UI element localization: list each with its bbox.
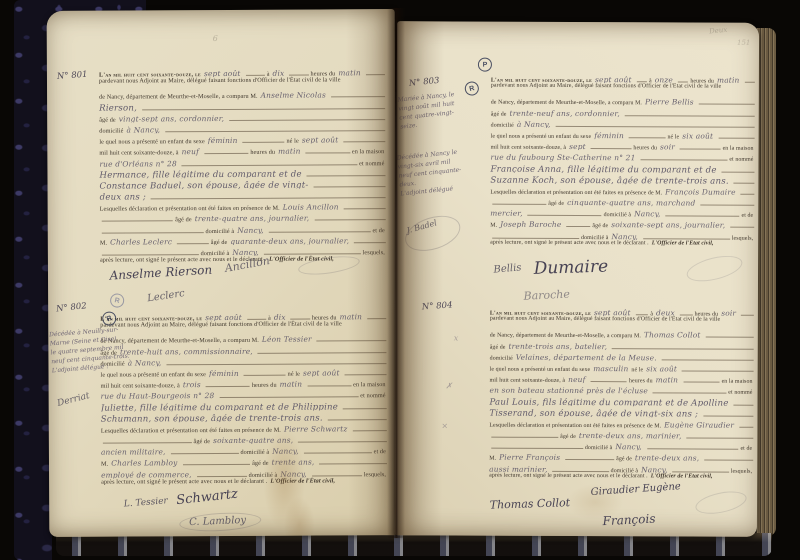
margin-note: Décédée à Neuilly-sur-Marne (Seine et Oi… [49,323,152,375]
fill-line [647,440,739,450]
act-line: âgé detrente-neuf ans, cordonnier, [491,105,757,117]
printed-text: né le [631,367,643,373]
fill-line [204,144,248,154]
fill-line [165,121,385,132]
handwritten-text: ancien militaire, [101,449,166,457]
margin-mark: ✗ [446,381,453,390]
handwritten-text: Suzanne Koch, son épouse, âgée de trente… [490,176,728,184]
printed-text: lesquels, [364,471,386,478]
fill-line [103,433,192,443]
act-line: Françoise Anna, fille légitime du compar… [490,161,756,173]
margin-note: Décédée à Nancy levingt-six avril milneu… [396,145,484,198]
act-line: L'an mil huit cent soixante-douze, lesep… [99,65,387,78]
act-line: L'an mil huit cent soixante-douze, lesep… [100,309,388,322]
handwritten-text: Thomas Collot [644,332,701,340]
fill-line [229,110,385,121]
printed-text: âgé de [211,239,228,246]
fill-line [741,306,754,316]
printed-text: lesquels, [732,235,753,240]
handwritten-text: féminin [208,137,238,145]
fill-line [306,144,350,154]
fill-line [553,462,609,472]
printed-text: né le [667,134,679,140]
handwritten-text: matin [717,77,740,84]
printed-text: domicilié à [205,228,234,235]
fill-line [704,451,753,461]
fill-line [269,222,371,233]
handwritten-text: trente-deux ans, marinier, [579,432,682,440]
handwritten-text: Joseph Baroche [500,221,561,229]
handwritten-text: Françoise Anna, fille légitime du compar… [490,165,716,173]
printed-text: lesquels, [363,249,385,256]
printed-text: le quel nous a présenté un enfant du sex… [99,138,205,145]
page-stack-edge-bottom [56,533,772,556]
fill-line [591,372,627,382]
fill-line [354,233,386,243]
handwritten-text: Anselme Nicolas [261,92,326,100]
handwritten-text: sept août [595,76,632,84]
handwritten-text: rue du Haut-Bourgeois n° 28 [101,392,215,400]
signature: Bellis [493,262,522,275]
handwritten-text: Constance Baduel, son épouse, âgée de vi… [100,181,309,189]
fill-line [313,177,385,187]
signature: L. Tessier [123,496,168,509]
signature: Thomas Collot [490,496,571,511]
act-line: Lesquelles déclaration et présentation o… [101,421,389,434]
act-line: domiciliéVelaines, département de la Meu… [490,349,756,361]
act-line: en son bateau stationné près de l'écluse… [489,383,755,395]
signature: J. Badel [406,218,438,235]
fill-line [345,365,387,375]
act-number: N° 801 [57,70,88,82]
act-803: L'an mil huit cent soixante-douze, lesep… [490,72,757,252]
fill-line [653,384,726,394]
signature: Baroche [523,288,570,303]
handwritten-text: Rierson, [99,104,137,111]
handwritten-text: Pierre Schwartz [284,425,348,433]
handwritten-text: soixante-quatre ans, [213,437,293,445]
signature: Dumaire [533,257,608,279]
fill-line [328,410,387,420]
handwritten-text: trente-neuf ans, cordonnier, [510,109,620,117]
printed-text: pardevant nous Adjoint au Maire, délégué… [99,77,341,85]
act-line: domiciliéà Nancy, [491,116,757,128]
handwritten-text: dix [273,70,285,77]
fill-line [367,309,386,319]
printed-text: né le [286,138,298,145]
handwritten-text: matin [280,381,303,389]
page-stack-edge-right [756,28,776,536]
handwritten-text: quarante-deux ans, journalier, [230,237,349,245]
printed-text: L'Officier de l'État civil, [269,256,334,263]
fill-line [491,439,583,449]
fill-line [182,155,357,166]
handwritten-text: dix [274,314,286,321]
printed-text: mil huit cent soixante-douze, à [99,150,178,157]
register-scan: N° 801L'an mil huit cent soixante-douze,… [0,0,800,560]
handwritten-text: sept août [204,70,241,78]
printed-text: domicilié à [604,212,631,218]
act-line: aussi marinier,domicilié àNancy,lesquels… [489,461,755,473]
act-line: le quel nous a présenté un enfant du sex… [490,361,756,373]
act-line: rue du faubourg Ste-Catherine n° 21et no… [491,150,757,162]
act-number: N° 804 [422,300,453,312]
handwritten-text: Juliette, fille légitime du comparant et… [101,403,338,411]
handwritten-text: rue du faubourg Ste-Catherine n° 21 [491,154,636,162]
printed-text: après lecture, ont signé le présent acte… [489,472,648,479]
act-line: Suzanne Koch, son épouse, âgée de trente… [490,172,756,184]
fill-line [636,305,649,315]
fill-line [307,376,351,386]
fill-line [591,139,632,149]
printed-text: L'Officier de l'État civil, [270,477,335,484]
handwritten-text: employé de commerce, [101,471,192,479]
handwritten-text: sept août [303,369,340,377]
handwritten-text: Nancy, [615,443,642,451]
handwritten-text: à Nancy, [517,120,551,128]
printed-text: le quel nous a présenté un enfant du sex… [101,371,207,378]
handwritten-text: cinquante-quatre ans, marchand [567,199,695,207]
handwritten-text: Charles Lambloy [111,460,177,468]
act-line: de Nancy, département de Meurthe-et-Mose… [490,327,756,339]
fill-line [706,328,754,338]
pencil-mark: Deux [709,26,728,36]
act-804: L'an mil huit cent soixante-douze, lesep… [489,305,756,485]
signature-flourish [684,251,745,286]
handwritten-text: Schumann, son épouse, âgée de trente-tro… [101,414,323,422]
fill-line [247,310,266,320]
fill-line [566,217,590,227]
fill-line [317,332,387,342]
fill-line [219,388,358,399]
act-line: de Nancy, département de Meurthe-et-Mose… [491,94,757,106]
fill-line [151,188,386,199]
fill-line [741,185,755,195]
handwritten-text: Nancy, [611,233,638,241]
fill-line [640,151,727,161]
fill-line [331,88,385,98]
printed-text: pardevant nous Adjoint au Maire, délégué… [490,316,720,324]
printed-text: L'Officier de l'État civil, [651,473,713,480]
fill-line [528,206,602,216]
fill-line [625,106,755,117]
printed-text: pardevant nous Adjoint au Maire, délégué… [491,83,721,91]
fill-line [680,305,693,315]
handwritten-text: en son bateau stationné près de l'écluse [489,387,647,395]
fill-line [291,310,310,320]
handwritten-text: mercier, [490,210,522,218]
fill-line [352,421,386,431]
act-line: M.Charles Leclercâgé dequarante-deux ans… [100,233,388,246]
handwritten-text: Nancy, [280,470,307,478]
fill-line [102,212,173,222]
fill-line [142,99,385,110]
fill-line [197,466,247,476]
fill-line [298,432,387,442]
handwritten-text: Léon Tessier [262,336,312,344]
handwritten-text: sept [569,143,586,150]
fill-line [258,343,387,354]
fill-line [565,450,614,460]
handwritten-text: Nancy, [237,226,264,234]
pencil-mark: 151 [737,39,750,47]
act-line: Paul Louis, fils légitime du comparant e… [489,394,755,406]
handwritten-text: masculin [593,365,628,373]
handwritten-text: six août [682,132,713,140]
act-line: M.Joseph Barocheâgé desoixante-sept ans,… [490,217,756,229]
fill-line [307,166,386,176]
fill-line [246,66,265,76]
fill-line [366,65,385,75]
fill-line [700,196,754,206]
fill-line [171,444,239,454]
fill-line [699,95,755,105]
act-line: mil huit cent soixante-douze, àneufheure… [490,372,756,384]
handwritten-text: Nancy, [641,466,668,474]
fill-line [722,162,755,172]
fill-line [734,173,755,183]
fill-line [206,377,250,387]
handwritten-text: Charles Leclerc [110,238,172,246]
handwritten-text: soixante-sept ans, journalier, [611,222,725,230]
handwritten-text: Pierre Bellis [645,99,694,107]
fill-line [682,361,754,371]
fill-line [166,354,386,365]
fill-line [304,443,372,453]
margin-mark: x [454,333,459,342]
fill-line [319,455,387,465]
fill-line [703,406,753,416]
fill-line [343,399,387,409]
handwritten-text: matin [278,148,301,156]
fill-line [673,462,729,472]
fill-line [683,373,719,383]
handwritten-text: trente-quatre ans, journalier, [195,215,310,223]
handwritten-text: trente-deux ans, [635,455,699,463]
act-number: N° 802 [56,301,88,314]
fill-line [244,366,286,376]
fill-line [718,129,755,139]
handwritten-text: Velaines, département de la Meuse. [516,353,657,361]
handwritten-text: soir [660,143,675,150]
signature: Derriat [56,391,90,409]
fill-line [687,429,754,439]
printed-text: L'Officier de l'État civil, [652,240,714,247]
printed-text: domicilié [99,127,123,133]
fill-line [182,455,250,465]
handwritten-text: sept août [205,314,242,322]
handwritten-text: rue d'Orléans n° 28 [99,160,176,168]
fill-line [102,223,204,234]
handwritten-text: Paul Louis, fils légitime du comparant e… [489,398,728,406]
fill-line [739,418,753,428]
fill-line [629,128,666,138]
fill-line [555,117,754,128]
act-number: N° 803 [408,76,439,89]
printed-text: heures du [629,378,653,384]
handwritten-text: soir [721,310,736,317]
handwritten-text: sept août [302,137,339,145]
fill-line [612,339,754,350]
margin-mark: × [441,421,448,430]
handwritten-text: matin [338,69,361,77]
act-801: L'an mil huit cent soixante-douze, lesep… [99,65,388,268]
act-line: le quel nous a présenté un enfant du sex… [491,128,757,140]
handwritten-text: trois [183,381,201,389]
handwritten-text: deux [656,309,675,316]
handwritten-text: trente-trois ans, batelier, [509,342,608,350]
fill-line [744,73,754,83]
fill-line [491,428,558,438]
handwritten-text: six août [646,365,677,373]
handwritten-text: neuf [568,376,585,383]
printed-text: après lecture, ont signé le présent acte… [101,478,267,486]
handwritten-text: onze [655,76,673,83]
fill-line [243,133,285,143]
printed-text: M. [101,461,108,467]
fill-line [730,218,754,228]
printed-text: lesquels, [731,468,752,473]
fill-line [680,140,721,150]
fill-line [344,199,386,209]
act-line: après lecture, ont signé le présent acte… [101,477,389,490]
printed-text: âgé de [616,457,632,463]
fill-line [637,72,647,82]
handwritten-text: Tisserand, son épouse, âgée de vingt-six… [489,409,698,417]
signature: François [602,512,656,529]
act-line: M.Pierre Françoisâgé detrente-deux ans, [489,450,755,462]
fill-line [289,66,308,76]
fill-line [102,245,199,256]
handwritten-text: à Nancy, [127,126,161,134]
handwritten-text: Nancy, [232,249,259,257]
handwritten-text: Eugène Giraudier [664,421,734,429]
handwritten-text: sept août [594,309,631,317]
handwritten-text: féminin [594,132,624,140]
act-line: après lecture, ont signé le présent acte… [490,239,756,251]
act-line: après lecture, ont signé le présent acte… [489,472,755,484]
fill-line [678,72,688,82]
fill-line [662,350,754,360]
handwritten-text: Nancy, [272,448,299,456]
handwritten-text: Louis Ancillon [283,204,339,212]
printed-text: âgé de [99,116,116,122]
fill-line [177,234,209,244]
fill-line [734,395,754,405]
printed-text: après lecture, ont signé le présent acte… [490,239,649,246]
handwritten-text: neuf [182,148,199,155]
act-line: Tisserand, son épouse, âgée de vingt-six… [489,405,755,417]
fill-line [666,207,740,217]
signature: Leclerc [147,288,186,304]
handwritten-text: matin [656,376,679,384]
fill-line [492,195,546,205]
handwritten-text: Nancy, [634,210,661,218]
signature: Schwartz [176,487,239,509]
handwritten-text: François Dumaire [665,188,736,196]
act-line: âgé detrente-trois ans, batelier, [490,338,756,350]
signature-flourish [694,488,749,518]
printed-text: mil huit cent soixante-douze, à [101,382,180,389]
fill-line [643,229,730,239]
handwritten-text: vingt-sept ans, cordonnier, [119,115,224,123]
fill-line [492,228,579,238]
printed-text: âgé de [252,460,269,467]
left-page: N° 801L'an mil huit cent soixante-douze,… [47,9,398,537]
right-page: N° 803L'an mil huit cent soixante-douze,… [395,21,759,537]
handwritten-text: Pierre François [499,454,560,462]
signature: C. Lambloy [189,515,246,528]
fill-line [343,132,385,142]
printed-text: né le [288,371,300,378]
handwritten-text: matin [340,313,363,321]
fill-line [312,466,362,476]
act-line: mil huit cent soixante-douze, àseptheure… [491,139,757,151]
handwritten-text: Hermance, fille légitime du comparant et… [99,170,301,178]
handwritten-text: deux ans ; [100,193,146,200]
handwritten-text: trente ans, [272,459,315,467]
handwritten-text: aussi marinier, [489,465,547,473]
fill-line [314,211,385,221]
handwritten-text: féminin [209,370,239,378]
pencil-mark: 6 [213,34,218,43]
registry-stamp-p: P [478,58,492,72]
fill-line [264,244,361,255]
registry-stamp-r: R [109,292,126,309]
margin-note: Mariée à Nancy, levingt août mil huitcen… [397,87,484,131]
printed-text: âgé de [592,224,608,230]
